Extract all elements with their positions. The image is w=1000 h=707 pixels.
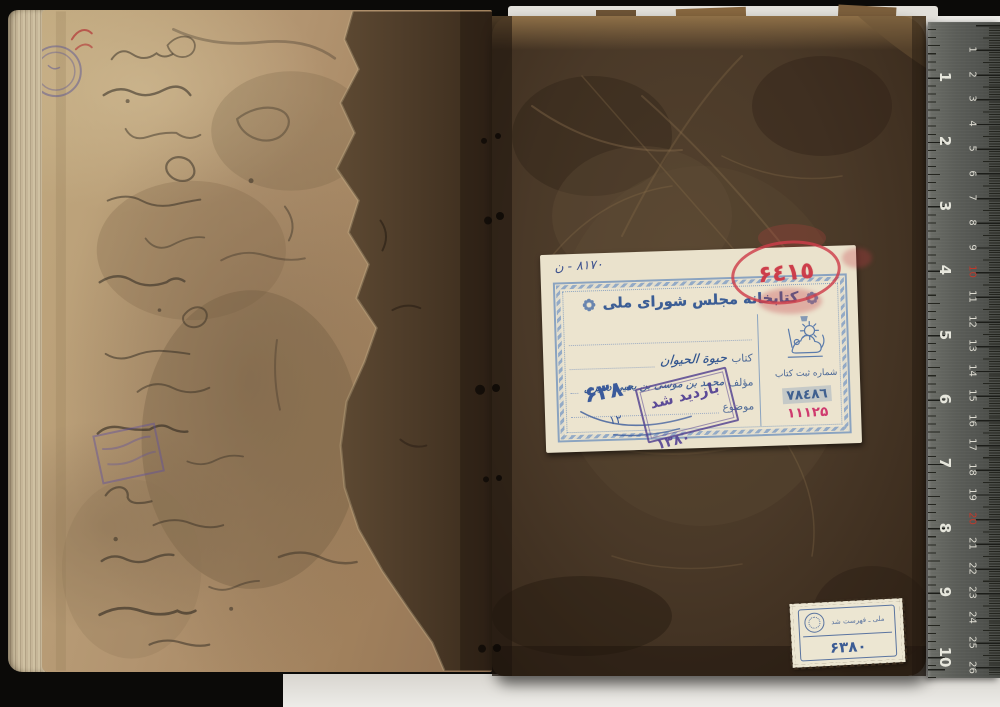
left-page <box>8 10 492 672</box>
ruler-cm-number: 14 <box>965 362 978 380</box>
gutter-shadow <box>460 11 492 670</box>
ruler-cm-number: 26 <box>965 658 978 676</box>
page-stains <box>62 71 371 658</box>
cover-top-edge <box>492 16 926 50</box>
ruler-inch-number: 2 <box>936 130 954 152</box>
ruler-cm-number: 18 <box>965 460 978 478</box>
photo-stage: ۸۱۷۰ - ن کتابخانه مجلس شورای ملی <box>0 0 1000 707</box>
backdrop-paper-bottom <box>283 674 1000 707</box>
ruler-inch-ticks <box>928 22 945 678</box>
ruler-cm-number: 2 <box>965 65 978 83</box>
ruler-cm-number: 7 <box>965 189 978 207</box>
ruler-cm-number: 5 <box>965 139 978 157</box>
ruler-cm-number: 10 <box>965 263 978 281</box>
ruler-cm-number: 23 <box>965 584 978 602</box>
catalog-stamp-caption: ملی ـ فهرست شد <box>824 614 891 627</box>
ruler-cm-number: 22 <box>965 559 978 577</box>
ruler-cm-number: 15 <box>965 386 978 404</box>
ruler-inch-number: 3 <box>936 195 954 217</box>
red-ink-mark <box>72 30 92 49</box>
registration-number-red: ۱۱۱۲۵ <box>786 404 828 422</box>
ruler-cm-number: 6 <box>965 164 978 182</box>
ruler-inch-number: 9 <box>936 581 954 603</box>
registration-label: شماره ثبت کتاب <box>775 368 838 380</box>
ruler-inch-number: 5 <box>936 324 954 346</box>
left-page-artwork <box>42 10 492 672</box>
ruler-cm-number: 17 <box>965 436 978 454</box>
catalog-stamp-frame: ملی ـ فهرست شد ۶۳۸۰ <box>798 604 898 661</box>
ruler-cm-ticks <box>976 25 1000 675</box>
ruler-cm-number: 12 <box>965 312 978 330</box>
ruler-cm-number: 1 <box>965 41 978 59</box>
lion-and-sun-emblem <box>781 314 828 363</box>
ruler-cm-number: 21 <box>965 535 978 553</box>
catalog-stamp-top-row: ملی ـ فهرست شد <box>802 608 892 635</box>
catalog-stamp-number: ۶۳۸۰ <box>800 636 896 659</box>
ruler-cm-number: 11 <box>965 288 978 306</box>
ruler-inch-number: 10 <box>936 646 954 668</box>
ruler-cm-number: 8 <box>965 213 978 231</box>
ruler-cm-number: 3 <box>965 90 978 108</box>
red-ink-smudge <box>842 248 872 268</box>
ruler: 1234567891012345678910111213141516171819… <box>928 22 1000 678</box>
ruler-inch-number: 7 <box>936 452 954 474</box>
ruler-cm-number: 4 <box>965 115 978 133</box>
ruler-inch-number: 6 <box>936 388 954 410</box>
rosette-icon <box>582 298 595 311</box>
gutter-edge-shade <box>492 16 512 676</box>
catalog-stamp: ملی ـ فهرست شد ۶۳۸۰ <box>789 598 905 668</box>
shelf-number-note: ۸۱۷۰ - ن <box>554 256 603 274</box>
ruler-cm-number: 9 <box>965 238 978 256</box>
ruler-inch-number: 8 <box>936 517 954 539</box>
ruler-cm-number: 20 <box>965 510 978 528</box>
field-book-label: کتاب <box>727 352 753 365</box>
registration-number-blue: ٧٨٤٨٦ <box>782 385 832 404</box>
ruler-cm-number: 19 <box>965 485 978 503</box>
registration-panel: شماره ثبت کتاب ٧٨٤٨٦ ۱۱۱۲۵ <box>760 311 851 426</box>
red-oval-stamp-number: ۶٤١٥ <box>757 257 815 288</box>
catalog-stamp-emblem-icon <box>804 612 825 633</box>
ruler-cm-number: 16 <box>965 411 978 429</box>
ruler-cm-number: 24 <box>965 609 978 627</box>
ruler-cm-number: 25 <box>965 633 978 651</box>
ruler-inch-number: 4 <box>936 259 954 281</box>
left-page-surface <box>42 10 492 672</box>
ruler-cm-number: 13 <box>965 337 978 355</box>
right-edge-shade <box>912 16 926 676</box>
ruler-inch-number: 1 <box>936 66 954 88</box>
